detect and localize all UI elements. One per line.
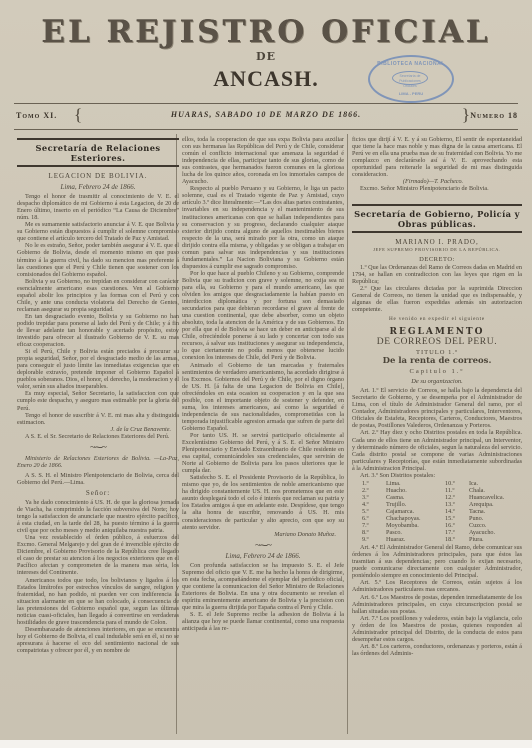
issuer-name: MARIANO I. PRADO, [352, 239, 522, 246]
column-1: Secretaría de Relaciones Esteriores. LEG… [17, 136, 179, 654]
district-number: 8.º [362, 529, 386, 536]
district-item: 11.ºChala. [445, 487, 522, 494]
district-number: 7.º [362, 522, 386, 529]
district-name: Huacho. [386, 487, 407, 494]
masthead-de: DE [0, 50, 532, 63]
district-number: 12.º [445, 494, 469, 501]
district-item: 17.ºAyacucho. [445, 529, 522, 536]
district-item: 4.ºTrujillo. [362, 501, 439, 508]
decree-closing: He venido en expedir el siguiente [352, 316, 522, 323]
page-margin [0, 740, 532, 748]
district-item: 13.ºArequipa. [445, 501, 522, 508]
address-line: Excmo. Señor Ministro Plenipotenciario d… [352, 185, 522, 192]
district-name: Ica. [469, 480, 478, 487]
district-name: Cajamarca. [386, 508, 414, 515]
district-item: 12.ºHuancavelica. [445, 494, 522, 501]
article: Art. 2.º Hay diez y ocho Distritos posta… [352, 429, 522, 471]
district-number: 11.º [445, 487, 469, 494]
titulo-label: TITULO 1.º [352, 349, 522, 356]
district-item: 14.ºTacna. [445, 508, 522, 515]
district-name: Chachapoyas. [386, 515, 421, 522]
issue-number: Numero 18 [470, 111, 518, 120]
place-date: HUARAS, SABADO 10 DE MARZO DE 1866. [10, 110, 522, 119]
district-name: Ayacucho. [469, 529, 495, 536]
library-stamp: BIBLIOTECA NACIONAL Secretaría de Public… [368, 55, 454, 103]
district-item: 10.ºIca. [445, 480, 522, 487]
masthead-rule [14, 103, 518, 104]
legation-title: LEGACION DE BOLIVIA. [17, 173, 179, 180]
district-number: 1.º [362, 480, 386, 487]
decree-label: DECRETO: [352, 256, 522, 263]
ornament-divider: ~⁓~ [182, 542, 344, 549]
paragraph: Animado el Gobierno de tan marcadas y fr… [182, 362, 344, 432]
regulation-title: REGLAMENTO [352, 329, 522, 336]
district-item: 2.ºHuacho. [362, 487, 439, 494]
section-header-relaciones: Secretaría de Relaciones Esteriores. [17, 138, 179, 167]
salutation: Señor: [17, 490, 179, 497]
article: Art. 1.º El servicio de Correos, se hall… [352, 387, 522, 429]
district-name: Huaraz. [386, 536, 405, 543]
district-item: 1.ºLima. [362, 480, 439, 487]
district-name: Huancavelica. [469, 494, 504, 501]
capitulo-label: Capitulo 1.º [352, 368, 522, 375]
district-name: Tacna. [469, 508, 485, 515]
district-name: Pasco. [386, 529, 402, 536]
district-list: 1.ºLima.10.ºIca.2.ºHuacho.11.ºChala.3.ºC… [362, 480, 522, 543]
dateline: Tomo XI. { HUARAS, SABADO 10 DE MARZO DE… [10, 105, 522, 127]
district-name: Moyobamba. [386, 522, 419, 529]
article: Art. 5.º Los Receptores de Correos, está… [352, 579, 522, 593]
signature: J. de la Cruz Benavente. [17, 426, 179, 433]
paragraph: Tengo el honor de suscribir á V. E. mi m… [17, 412, 179, 426]
section-header-gobierno: Secretaría de Gobierno, Policía y Obras … [352, 204, 522, 233]
article: Art. 7.º Los postillones y valederos, es… [352, 615, 522, 643]
signature: Mariano Donato Muñoz. [182, 531, 344, 538]
district-name: Trujillo. [386, 501, 406, 508]
district-item: 8.ºPasco. [362, 529, 439, 536]
section-heading: Secretaría de Relaciones Esteriores. [17, 143, 179, 163]
district-name: Cuzco. [469, 522, 486, 529]
district-name: Chala. [469, 487, 485, 494]
article: Art. 6.º Los Maestros de postas, depende… [352, 594, 522, 615]
titulo-name: De la renta de correos. [352, 358, 522, 365]
district-item: 18.ºPiura. [445, 536, 522, 543]
paragraph: Una vez restablecido el órden público, á… [17, 534, 179, 576]
stamp-bottom-text: LIMA - PERU [370, 91, 452, 96]
decree-paragraph: 2.º Que las circulares dictadas por la s… [352, 285, 522, 313]
paragraph: Me es sumamente satisfactorio anunciar á… [17, 221, 179, 242]
paragraph: No le es estraño, Señor, poder también a… [17, 242, 179, 277]
district-number: 16.º [445, 522, 469, 529]
paragraph: ficios que dirijí á V. E. y á su Gobiern… [352, 136, 522, 178]
paragraph: Por tanto US. H. se servirá participarlo… [182, 432, 344, 474]
district-name: Arequipa. [469, 501, 494, 508]
district-name: Lima. [386, 480, 401, 487]
paragraph: Desembarazado de atenciones interiores, … [17, 626, 179, 654]
paragraph: Por lo que hace al pueblo Chileno y su G… [182, 270, 344, 362]
district-number: 17.º [445, 529, 469, 536]
ministry-line: Ministerio de Relaciones Esteriores de B… [17, 455, 179, 469]
ornament-divider: ~⁓~ [17, 444, 179, 451]
district-number: 14.º [445, 508, 469, 515]
newspaper-page: EL REJISTRO OFICIAL DE ANCASH. BIBLIOTEC… [0, 0, 532, 740]
dateline-lima: Lima, Febrero 24 de 1866. [17, 184, 179, 191]
paragraph: Bolivia y su Gobierno, no trepidan en co… [17, 278, 179, 313]
decree-paragraph: 1.º Que las Ordenanzas del Ramo de Corre… [352, 264, 522, 285]
paragraph: S. E. el Jefe Supremo recibe la adhesion… [182, 611, 344, 632]
stamp-inner-text: Secretaría de Publicaciones Oficiales [392, 71, 428, 85]
district-item: 3.ºCasma. [362, 494, 439, 501]
district-name: Puno. [469, 515, 483, 522]
paragraph: En tan desgraciado evento, Bolivia y su … [17, 313, 179, 348]
district-item: 15.ºPuno. [445, 515, 522, 522]
paragraph: ellos, toda la cooperacion de que sus ex… [182, 136, 344, 185]
article: Art. 8.º Los carteros, conductores, orde… [352, 643, 522, 657]
district-number: 10.º [445, 480, 469, 487]
dateline-lima: Lima, Febrero 24 de 1866. [182, 553, 344, 560]
district-item: 9.ºHuaraz. [362, 536, 439, 543]
paragraph: Si el Perú, Chile y Bolivia están precia… [17, 348, 179, 390]
capitulo-name: De su organizacion. [352, 378, 522, 385]
address-line: A S. S. H. el Ministro Plenipotenciario … [17, 472, 179, 486]
regulation-subtitle: DE CORREOS DEL PERU. [352, 339, 522, 346]
column-divider-2 [347, 134, 348, 734]
column-2: ellos, toda la cooperacion de que sus ex… [182, 136, 344, 632]
district-name: Casma. [386, 494, 404, 501]
paragraph: Es muy especial, Señor Secretario, la sa… [17, 390, 179, 411]
district-number: 4.º [362, 501, 386, 508]
district-item: 7.ºMoyobamba. [362, 522, 439, 529]
paragraph: Respecto al pueblo Peruano y su Gobierno… [182, 185, 344, 270]
paragraph: Con profunda satisfaccion se ha impuesto… [182, 562, 344, 611]
district-item: 6.ºChachapoyas. [362, 515, 439, 522]
paragraph: Ya he dado conocimiento á US. H. de que … [17, 499, 179, 534]
paragraph: Satisfecho S. E. el Presidente Provisori… [182, 474, 344, 530]
right-brace: } [462, 106, 470, 124]
district-number: 13.º [445, 501, 469, 508]
district-item: 5.ºCajamarca. [362, 508, 439, 515]
signature: (Firmado)—T. Pacheco. [352, 178, 522, 185]
paragraph: Americanos todos que todo, los boliviano… [17, 577, 179, 626]
district-number: 2.º [362, 487, 386, 494]
district-item: 16.ºCuzco. [445, 522, 522, 529]
masthead-title: EL REJISTRO OFICIAL [0, 14, 532, 50]
paragraph: Tengo el honor de trasmitir al conocimie… [17, 193, 179, 221]
district-number: 3.º [362, 494, 386, 501]
district-number: 6.º [362, 515, 386, 522]
dateline-rule [14, 129, 518, 130]
address-line: A S. E. el Sr. Secretario de Relaciones … [17, 433, 179, 440]
district-number: 18.º [445, 536, 469, 543]
stamp-top-text: BIBLIOTECA NACIONAL [370, 61, 452, 67]
article: Art. 4.º El Administrador General del Ra… [352, 544, 522, 579]
issuer-title: JEFE SUPREMO PROVISORIO DE LA REPÚBLICA. [352, 246, 522, 253]
column-3: ficios que dirijí á V. E. y á su Gobiern… [352, 136, 522, 657]
district-name: Piura. [469, 536, 484, 543]
district-number: 9.º [362, 536, 386, 543]
district-number: 5.º [362, 508, 386, 515]
section-heading: Secretaría de Gobierno, Policía y Obras … [352, 209, 522, 229]
district-number: 15.º [445, 515, 469, 522]
article: Art. 3.º Son Distritos postales: [352, 472, 522, 479]
